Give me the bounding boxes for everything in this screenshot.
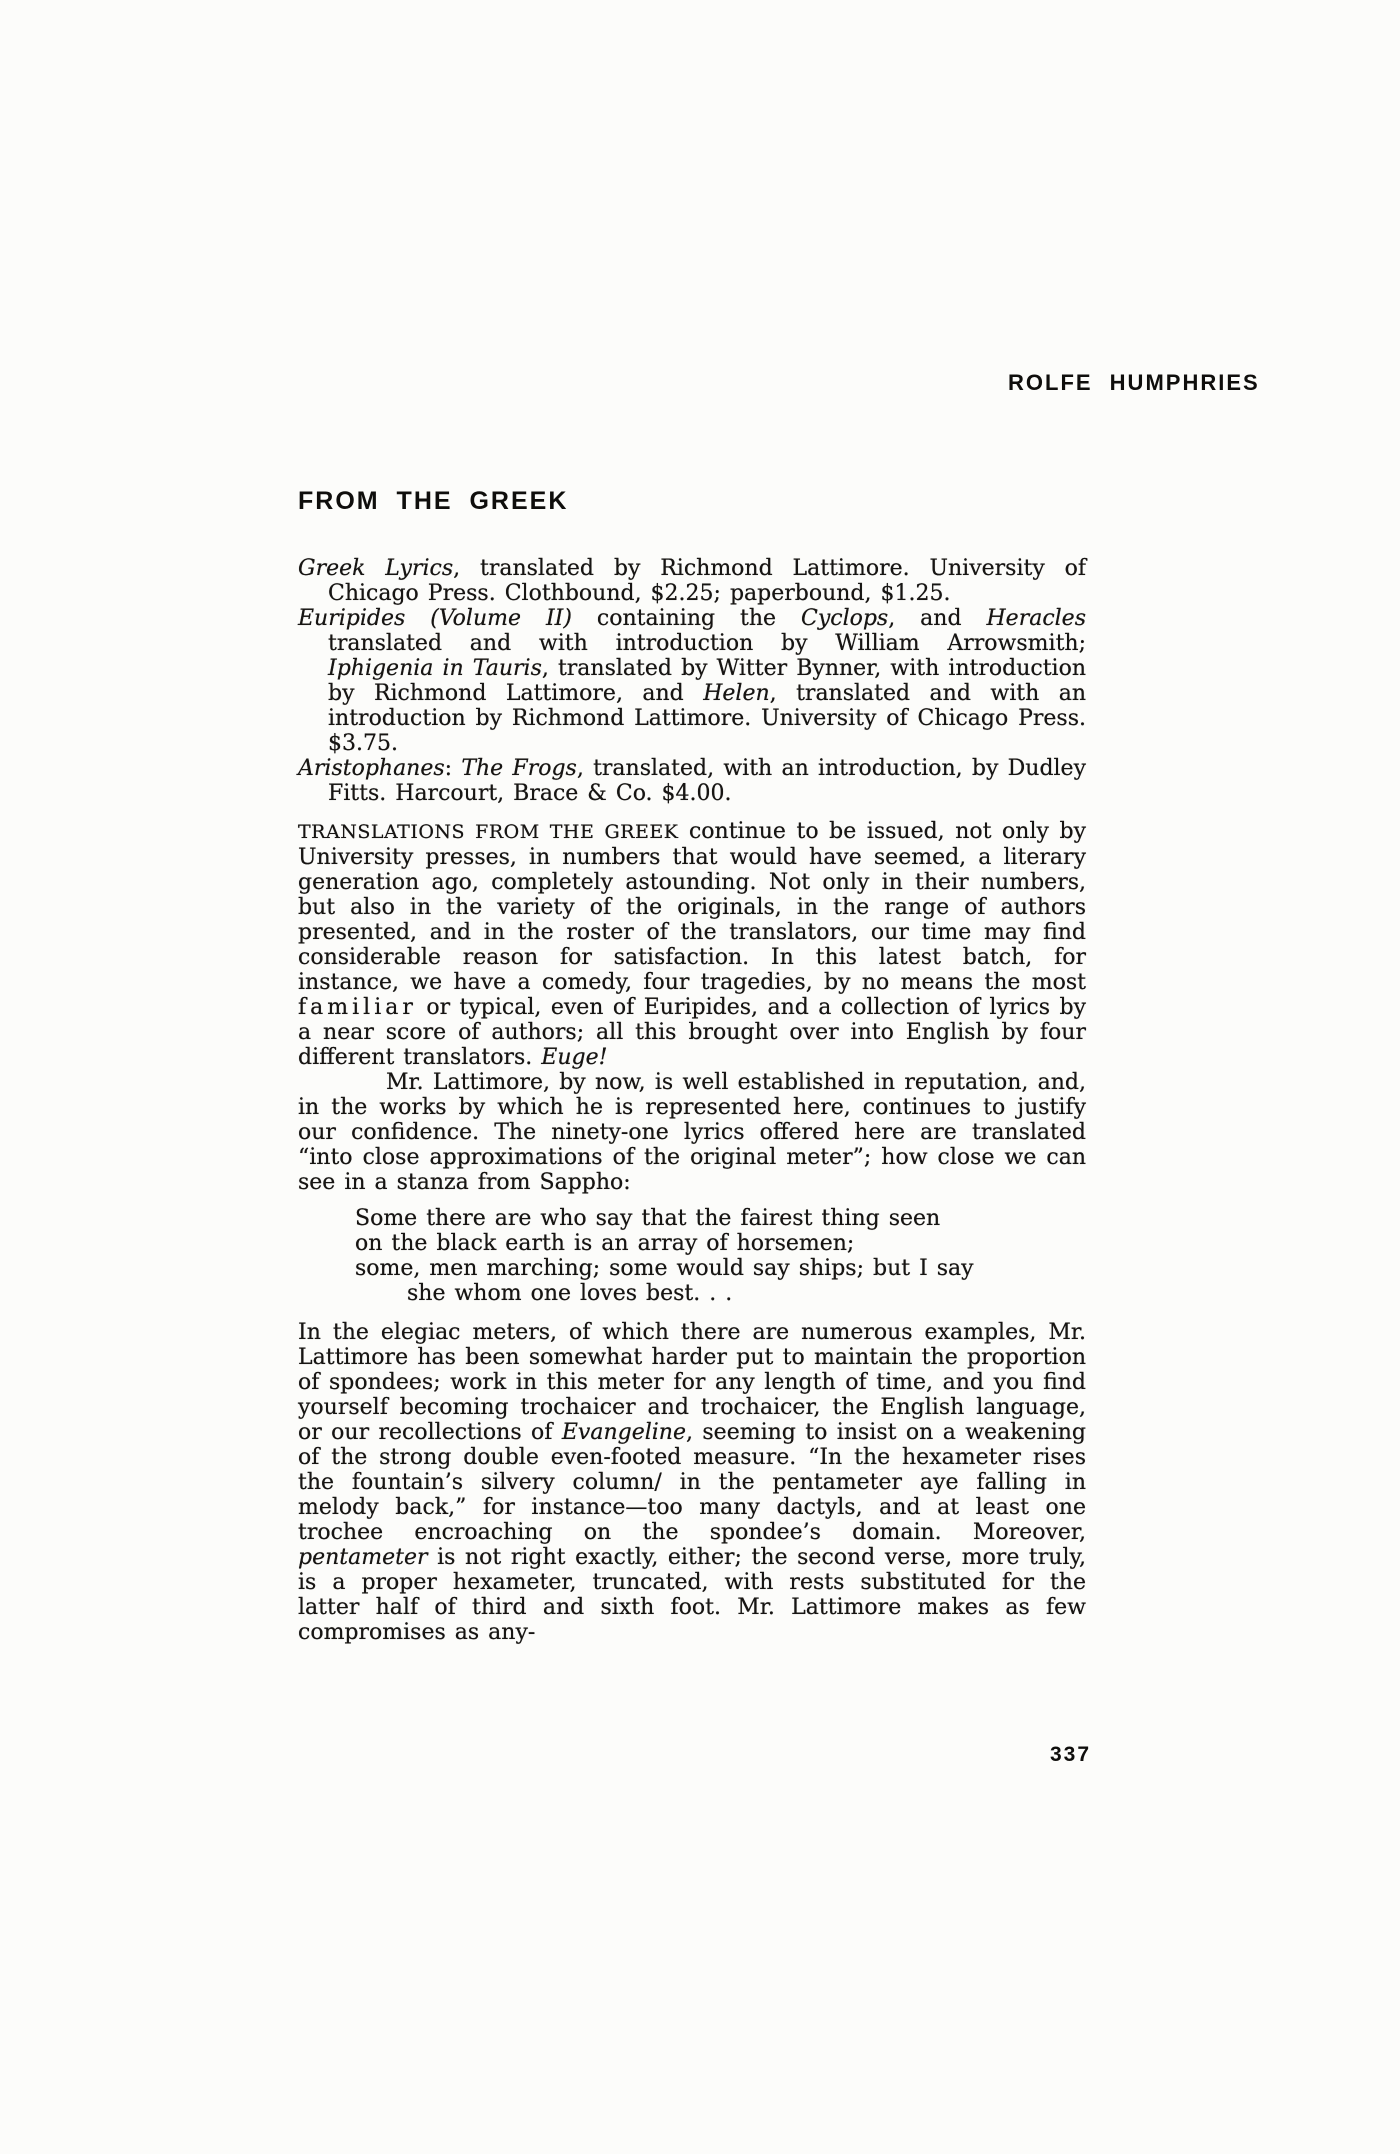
quote-line: she whom one loves best. . .: [355, 1281, 1086, 1306]
paragraph: In the elegiac meters, of which there ar…: [298, 1320, 1086, 1645]
quote-line: on the black earth is an array of horsem…: [355, 1231, 1086, 1256]
poetry-quote: Some there are who say that the fairest …: [298, 1206, 1086, 1306]
bibliography-entry: Greek Lyrics, translated by Richmond Lat…: [298, 556, 1086, 606]
running-head: ROLFE HUMPHRIES: [1008, 370, 1260, 396]
quote-line: some, men marching; some would say ships…: [355, 1256, 1086, 1281]
quote-line: Some there are who say that the fairest …: [355, 1206, 1086, 1231]
scanned-page: { "page": { "running_head": "ROLFE HUMPH…: [0, 0, 1400, 2154]
paragraph: TRANSLATIONS FROM THE GREEK continue to …: [298, 819, 1086, 1070]
paragraph: Mr. Lattimore, by now, is well establish…: [298, 1070, 1086, 1195]
review-body: TRANSLATIONS FROM THE GREEK continue to …: [298, 819, 1086, 1645]
bibliography-entry: Aristophanes: The Frogs, translated, wit…: [298, 756, 1086, 806]
content-column: FROM THE GREEK Greek Lyrics, translated …: [298, 487, 1086, 1645]
bibliography-entry: Euripides (Volume II) containing the Cyc…: [298, 606, 1086, 756]
page-number: 337: [1050, 1743, 1091, 1767]
section-title: FROM THE GREEK: [298, 487, 1086, 516]
bibliography: Greek Lyrics, translated by Richmond Lat…: [298, 556, 1086, 806]
